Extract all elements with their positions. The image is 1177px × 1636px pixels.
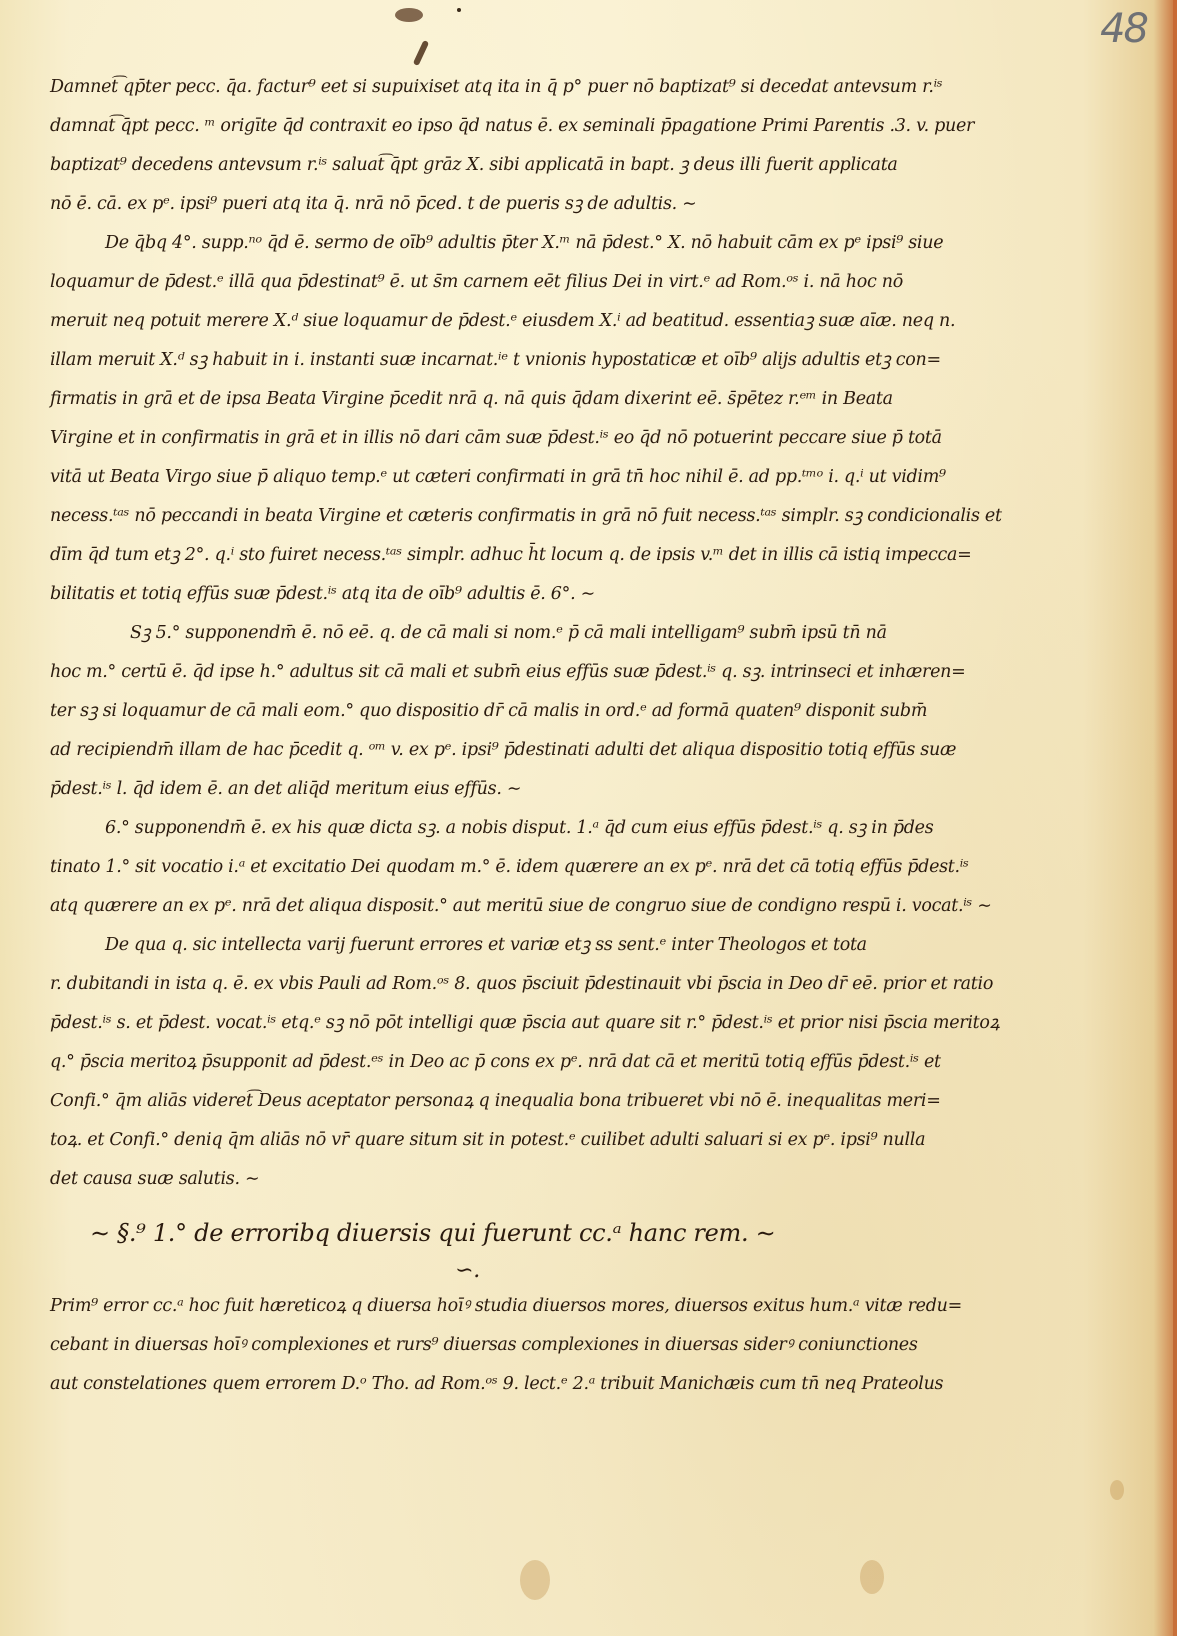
text-line: atq quærere an ex pᵉ. nrā det aliqua dis… xyxy=(50,887,1005,926)
paper-stain xyxy=(520,1560,550,1600)
flourish-ornament: ∽. xyxy=(50,1259,1005,1287)
text-line: hoc m.° certū ē. q̄d ipse h.° adultus si… xyxy=(50,653,1005,692)
text-line: aut constelationes quem errorem D.ᵒ Tho.… xyxy=(50,1365,1005,1404)
text-line: Confi.° q̄m aliās videret͡ Deus aceptato… xyxy=(50,1082,1005,1121)
text-line: q.° p̄scia meritoꝝ p̄supponit ad p̄dest.… xyxy=(50,1043,1005,1082)
ink-stroke-mark xyxy=(413,40,429,66)
paper-stain xyxy=(860,1560,884,1594)
text-line: cebant in diuersas hoīꝰ complexiones et … xyxy=(50,1326,1005,1365)
page-edge xyxy=(1173,0,1177,1636)
text-line: bilitatis et totiq effūs suæ p̄dest.ⁱˢ a… xyxy=(50,575,1005,614)
folio-number: 48 xyxy=(1100,6,1147,52)
text-line: nō ē. cā. ex pᵉ. ipsi⁹ pueri atq ita q̄.… xyxy=(50,185,1005,224)
manuscript-text: Damnet͡ qp̄ter pecc. q̄a. factur⁹ eet si… xyxy=(50,68,1005,1404)
section-heading: ∼ §.⁹ 1.° de erroribq diuersis qui fueru… xyxy=(50,1207,1005,1259)
manuscript-page: 48 Damnet͡ qp̄ter pecc. q̄a. factur⁹ eet… xyxy=(0,0,1177,1636)
text-line: illam meruit X.ᵈ sꝫ habuit in i. instant… xyxy=(50,341,1005,380)
paragraph-5: De qua q. sic intellecta varij fuerunt e… xyxy=(50,926,1005,1199)
text-line: Prim⁹ error cc.ᵃ hoc fuit hæreticoꝝ q di… xyxy=(50,1287,1005,1326)
paragraph-4: 6.° supponendm̄ ē. ex his quæ dicta sꝫ. … xyxy=(50,809,1005,926)
text-line: meruit neq potuit merere X.ᵈ siue loquam… xyxy=(50,302,1005,341)
text-line: Damnet͡ qp̄ter pecc. q̄a. factur⁹ eet si… xyxy=(50,68,1005,107)
text-line: toꝝ. et Confi.° deniq q̄m aliās nō vr̄ q… xyxy=(50,1121,1005,1160)
closing-paragraph: Prim⁹ error cc.ᵃ hoc fuit hæreticoꝝ q di… xyxy=(50,1287,1005,1404)
text-line: ad recipiendm̄ illam de hac p̄cedit q. ᵒ… xyxy=(50,731,1005,770)
paragraph-1: Damnet͡ qp̄ter pecc. q̄a. factur⁹ eet si… xyxy=(50,68,1005,224)
text-line: r. dubitandi in ista q. ē. ex vbis Pauli… xyxy=(50,965,1005,1004)
text-line: 6.° supponendm̄ ē. ex his quæ dicta sꝫ. … xyxy=(50,809,1005,848)
text-line: loquamur de p̄dest.ᵉ illā qua p̄destinat… xyxy=(50,263,1005,302)
text-line: ter sꝫ si loquamur de cā mali eom.° quo … xyxy=(50,692,1005,731)
text-line: necess.ᵗᵃˢ nō peccandi in beata Virgine … xyxy=(50,497,1005,536)
ink-blot xyxy=(395,8,423,22)
text-line: Virgine et in confirmatis in grā et in i… xyxy=(50,419,1005,458)
text-line: damnat͡ q̄pt pecc. ᵐ origīte q̄d contrax… xyxy=(50,107,1005,146)
text-line: vitā ut Beata Virgo siue p̄ aliquo temp.… xyxy=(50,458,1005,497)
text-line: det causa suæ salutis. ∼ xyxy=(50,1160,1005,1199)
paragraph-3: Sꝫ 5.° supponendm̄ ē. nō eē. q. de cā ma… xyxy=(50,614,1005,809)
text-line: p̄dest.ⁱˢ l. q̄d idem ē. an det aliq̄d m… xyxy=(50,770,1005,809)
text-line: Sꝫ 5.° supponendm̄ ē. nō eē. q. de cā ma… xyxy=(50,614,1005,653)
text-line: firmatis in grā et de ipsa Beata Virgine… xyxy=(50,380,1005,419)
text-line: dīm q̄d tum etꝫ 2°. q.ⁱ sto fuiret neces… xyxy=(50,536,1005,575)
text-line: tinato 1.° sit vocatio i.ᵃ et excitatio … xyxy=(50,848,1005,887)
paper-stain xyxy=(1110,1480,1124,1500)
text-line: baptizat⁹ decedens antevsum r.ⁱˢ saluat͡… xyxy=(50,146,1005,185)
text-line: De q̄bq 4°. supp.ⁿᵒ q̄d ē. sermo de oīb⁹… xyxy=(50,224,1005,263)
paragraph-2: De q̄bq 4°. supp.ⁿᵒ q̄d ē. sermo de oīb⁹… xyxy=(50,224,1005,614)
ink-dot xyxy=(457,8,461,12)
text-line: De qua q. sic intellecta varij fuerunt e… xyxy=(50,926,1005,965)
text-line: p̄dest.ⁱˢ s. et p̄dest. vocat.ⁱˢ etq.ᵉ s… xyxy=(50,1004,1005,1043)
